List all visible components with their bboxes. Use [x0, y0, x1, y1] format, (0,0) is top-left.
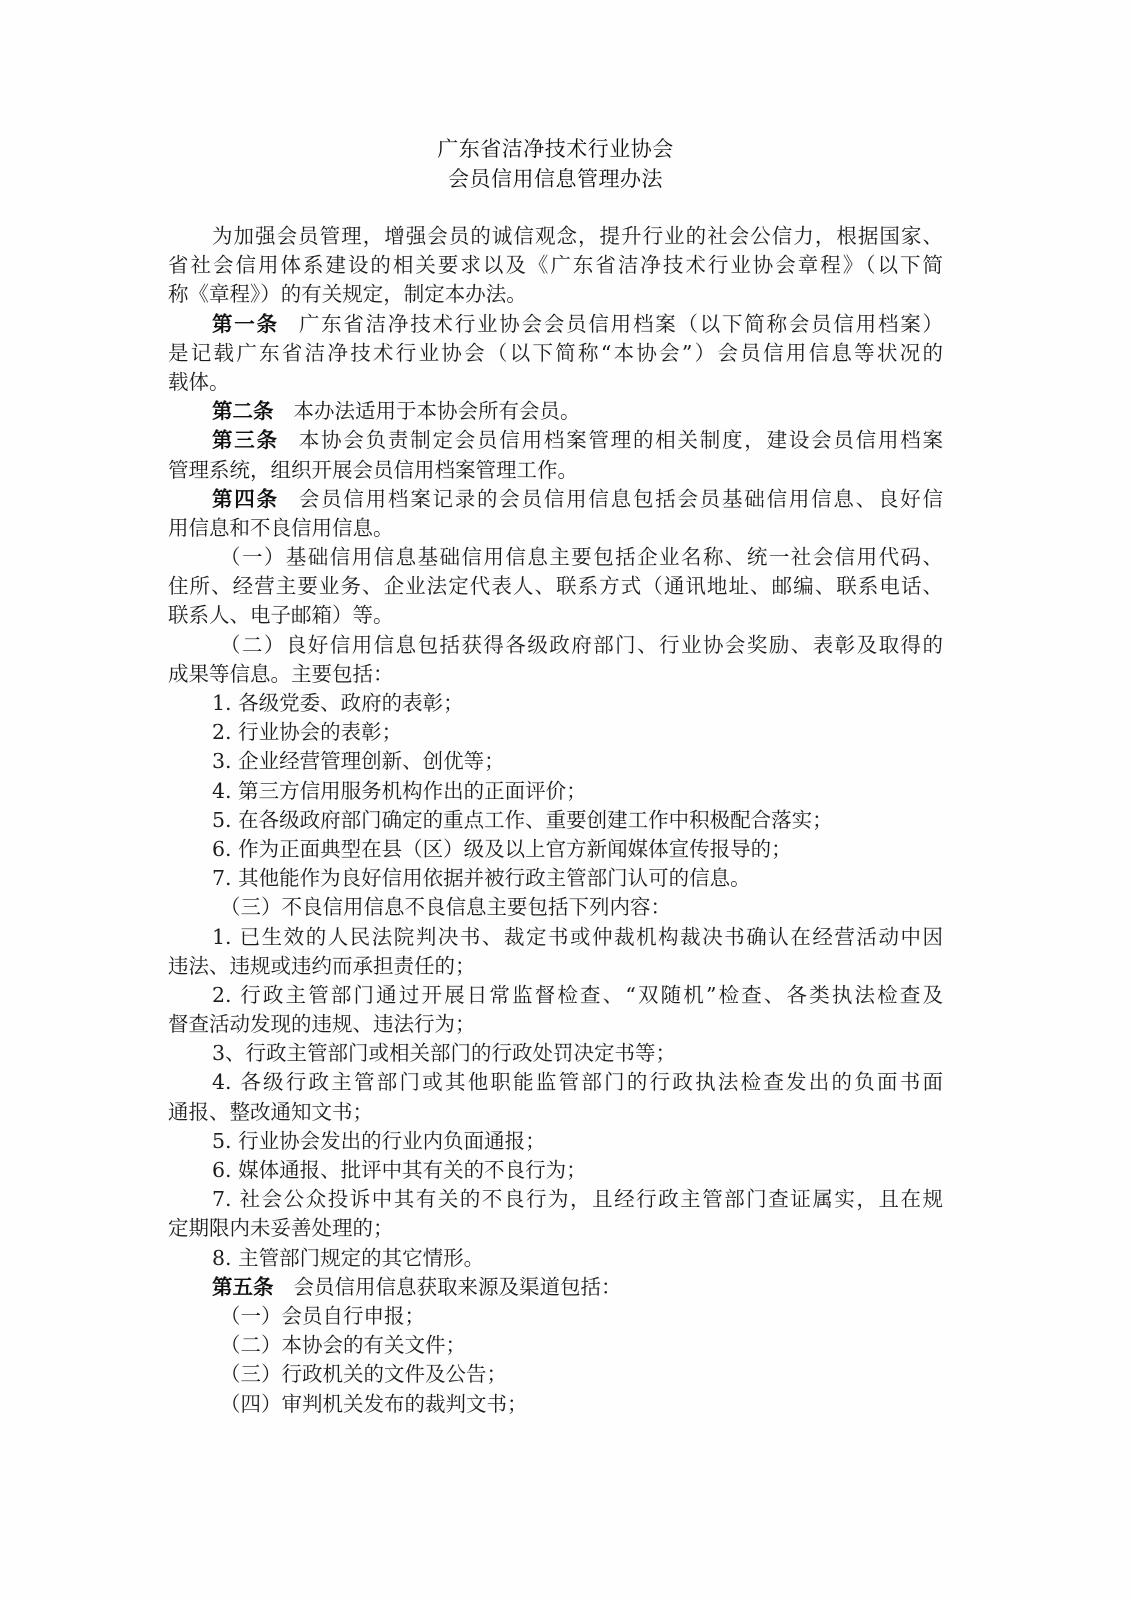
bad-credit-item: 3、行政主管部门或相关部门的行政处罚决定书等； — [168, 1039, 943, 1068]
preamble-line: 为加强会员管理，增强会员的诚信观念，提升行业的社会公信力，根据国家、 — [168, 222, 943, 251]
article-text: 本协会负责制定会员信用档案管理的相关制度，建设会员信用档案 — [299, 428, 943, 452]
bad-credit-item: 8. 主管部门规定的其它情形。 — [168, 1244, 943, 1273]
source-item: （二）本协会的有关文件； — [168, 1331, 943, 1360]
document-page: 广东省洁净技术行业协会 会员信用信息管理办法 为加强会员管理，增强会员的诚信观念… — [0, 0, 1131, 1600]
article-label: 第五条 — [212, 1275, 274, 1299]
article-1-line: 载体。 — [168, 368, 943, 397]
section-bad-credit: （三）不良信用信息不良信息主要包括下列内容： — [168, 893, 943, 922]
bad-credit-item: 6. 媒体通报、批评中其有关的不良行为； — [168, 1156, 943, 1185]
bad-credit-item: 5. 行业协会发出的行业内负面通报； — [168, 1127, 943, 1156]
good-credit-item: 1. 各级党委、政府的表彰； — [168, 689, 943, 718]
article-1: 第一条广东省洁净技术行业协会会员信用档案（以下简称会员信用档案） — [168, 310, 943, 339]
section-good-credit: （二）良好信用信息包括获得各级政府部门、行业协会奖励、表彰及取得的 — [168, 631, 943, 660]
document-body: 为加强会员管理，增强会员的诚信观念，提升行业的社会公信力，根据国家、 省社会信用… — [168, 222, 943, 1419]
article-label: 第四条 — [212, 487, 279, 511]
title-line-2: 会员信用信息管理办法 — [0, 164, 1111, 194]
bad-credit-item: 7. 社会公众投诉中其有关的不良行为，且经行政主管部门查证属实，且在规 — [168, 1185, 943, 1214]
good-credit-item: 3. 企业经营管理创新、创优等； — [168, 747, 943, 776]
article-1-line: 是记载广东省洁净技术行业协会（以下简称“本协会”）会员信用信息等状况的 — [168, 339, 943, 368]
section-basic-info-line: 住所、经营主要业务、企业法定代表人、联系方式（通讯地址、邮编、联系电话、 — [168, 572, 943, 601]
article-text: 会员信用档案记录的会员信用信息包括会员基础信用信息、良好信 — [299, 487, 943, 511]
source-item: （四）审判机关发布的裁判文书； — [168, 1390, 943, 1419]
article-5: 第五条会员信用信息获取来源及渠道包括： — [168, 1273, 943, 1302]
source-item: （一）会员自行申报； — [168, 1302, 943, 1331]
good-credit-item: 4. 第三方信用服务机构作出的正面评价； — [168, 777, 943, 806]
article-3-line: 管理系统，组织开展会员信用档案管理工作。 — [168, 456, 943, 485]
article-3: 第三条本协会负责制定会员信用档案管理的相关制度，建设会员信用档案 — [168, 426, 943, 455]
article-label: 第三条 — [212, 428, 279, 452]
good-credit-item: 5. 在各级政府部门确定的重点工作、重要创建工作中积极配合落实； — [168, 806, 943, 835]
bad-credit-item-line: 督查活动发现的违规、违法行为； — [168, 1010, 943, 1039]
article-label: 第一条 — [212, 312, 279, 336]
good-credit-item: 7. 其他能作为良好信用依据并被行政主管部门认可的信息。 — [168, 864, 943, 893]
good-credit-item: 6. 作为正面典型在县（区）级及以上官方新闻媒体宣传报导的； — [168, 835, 943, 864]
article-2: 第二条本办法适用于本协会所有会员。 — [168, 397, 943, 426]
section-basic-info: （一）基础信用信息基础信用信息主要包括企业名称、统一社会信用代码、 — [168, 543, 943, 572]
preamble-line: 省社会信用体系建设的相关要求以及《广东省洁净技术行业协会章程》（以下简 — [168, 251, 943, 280]
document-title: 广东省洁净技术行业协会 会员信用信息管理办法 — [0, 134, 1111, 194]
bad-credit-item: 2. 行政主管部门通过开展日常监督检查、“双随机”检查、各类执法检查及 — [168, 981, 943, 1010]
source-item: （三）行政机关的文件及公告； — [168, 1360, 943, 1389]
bad-credit-item-line: 定期限内未妥善处理的； — [168, 1214, 943, 1243]
article-label: 第二条 — [212, 399, 274, 423]
article-text: 广东省洁净技术行业协会会员信用档案（以下简称会员信用档案） — [299, 312, 943, 336]
section-good-credit-line: 成果等信息。主要包括： — [168, 660, 943, 689]
article-4: 第四条会员信用档案记录的会员信用信息包括会员基础信用信息、良好信 — [168, 485, 943, 514]
article-text: 会员信用信息获取来源及渠道包括： — [294, 1275, 622, 1299]
section-basic-info-line: 联系人、电子邮箱）等。 — [168, 601, 943, 630]
preamble-line: 称《章程》）的有关规定，制定本办法。 — [168, 280, 943, 309]
bad-credit-item: 4. 各级行政主管部门或其他职能监管部门的行政执法检查发出的负面书面 — [168, 1068, 943, 1097]
title-line-1: 广东省洁净技术行业协会 — [0, 134, 1111, 164]
bad-credit-item-line: 违法、违规或违约而承担责任的； — [168, 952, 943, 981]
bad-credit-item: 1. 已生效的人民法院判决书、裁定书或仲裁机构裁决书确认在经营活动中因 — [168, 923, 943, 952]
article-4-line: 用信息和不良信用信息。 — [168, 514, 943, 543]
bad-credit-item-line: 通报、整改通知文书； — [168, 1098, 943, 1127]
article-text: 本办法适用于本协会所有会员。 — [294, 399, 581, 423]
good-credit-item: 2. 行业协会的表彰； — [168, 718, 943, 747]
